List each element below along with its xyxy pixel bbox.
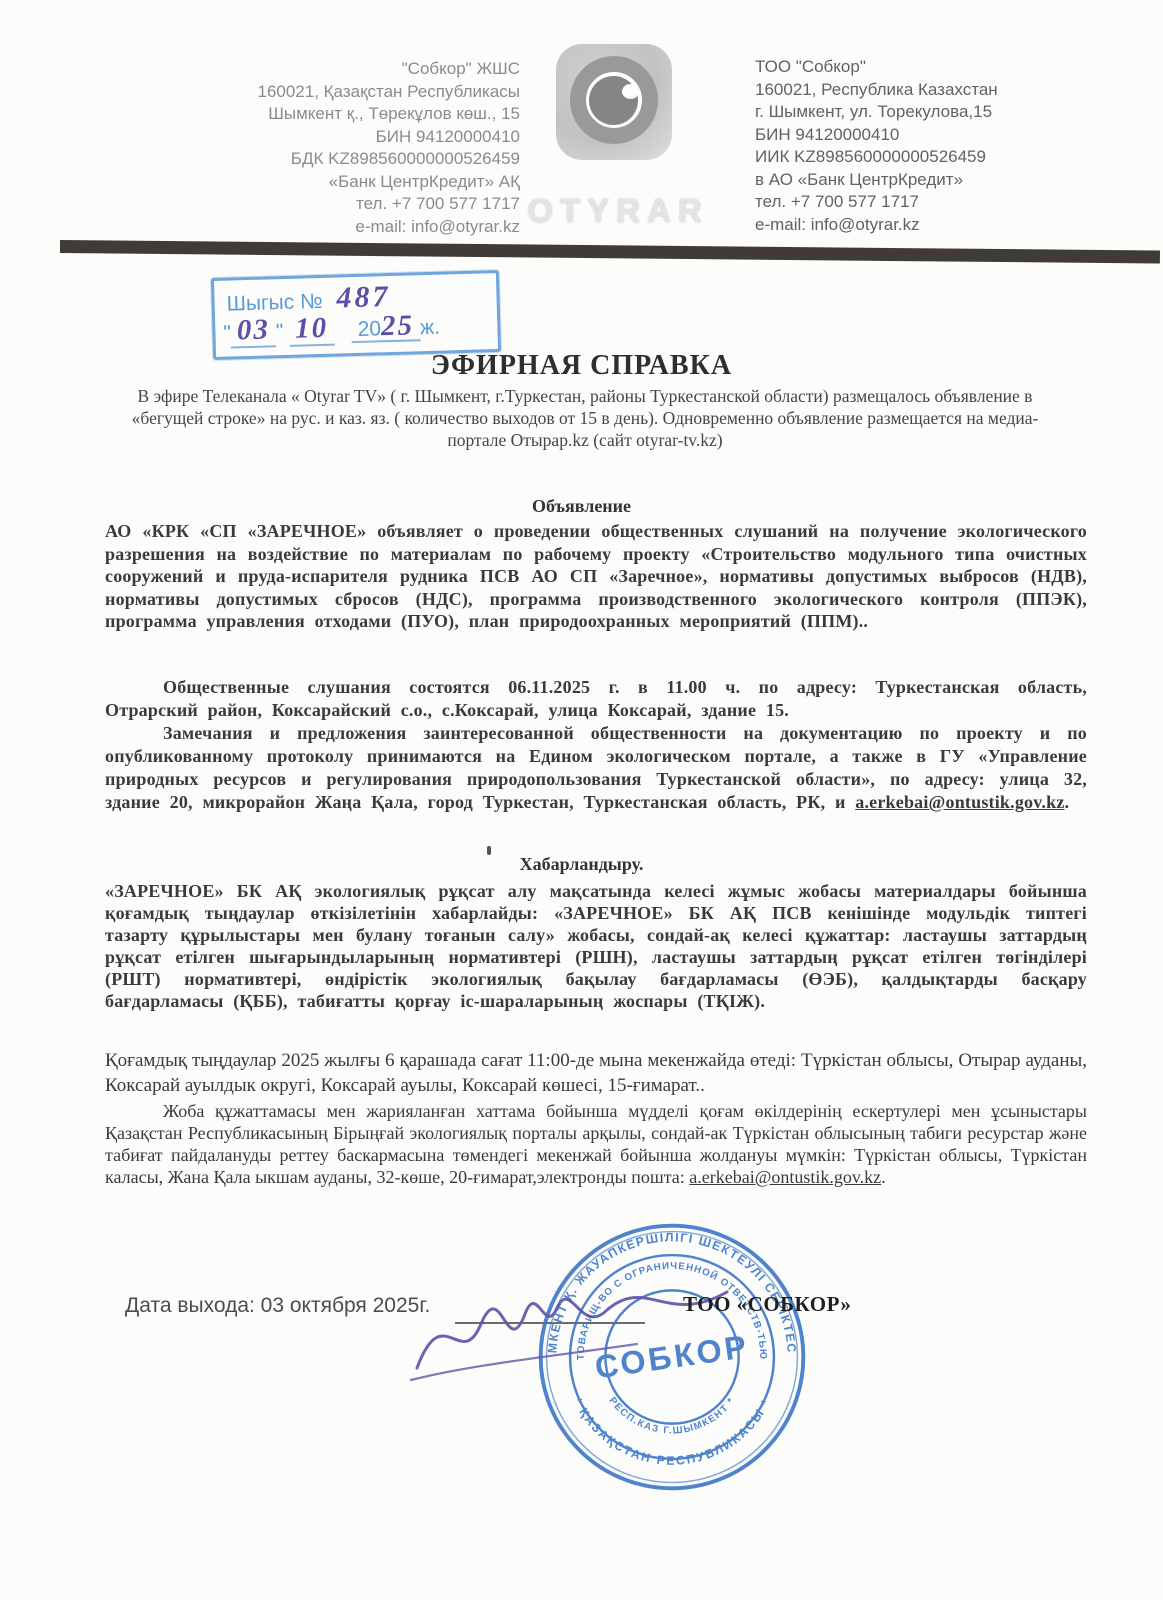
period: .: [881, 1167, 886, 1187]
phone-line: тел. +7 700 577 1717: [755, 191, 1065, 214]
bank-line: «Банк ЦентрКредит» АҚ: [128, 171, 520, 194]
company-name-ru: ТОО "Собкор": [755, 56, 1065, 79]
logo-glint: [622, 84, 639, 99]
address-line: 160021, Қазақстан Республикасы: [128, 81, 520, 104]
header-divider-bar: [60, 240, 1160, 264]
handwritten-year: 25: [381, 309, 415, 342]
contact-email: a.erkebai@ontustik.gov.kz: [689, 1167, 881, 1187]
contact-email: a.erkebai@ontustik.gov.kz: [855, 792, 1064, 812]
ru-paragraph-feedback: Замечания и предложения заинтересованной…: [105, 722, 1087, 814]
address-line: 160021, Республика Казахстан: [755, 79, 1065, 102]
handwritten-day: 03: [230, 313, 276, 348]
letterhead-right-russian: ТОО "Собкор" 160021, Республика Казахста…: [755, 56, 1065, 236]
address-line: г. Шымкент, ул. Торекулова,15: [755, 101, 1065, 124]
ru-paragraph-hearing-date: Общественные слушания состоятся 06.11.20…: [105, 676, 1087, 722]
company-name-kz: "Собкор" ЖШС: [128, 58, 520, 81]
handwritten-month: 10: [289, 312, 335, 347]
year-suffix: ж.: [420, 316, 441, 340]
close-quote: ": [276, 320, 284, 343]
outgoing-number-stamp: Шыгыс №487 "03" 10 2025ж.: [211, 270, 501, 360]
kz-paragraph-hearing-date: Қоғамдық тыңдаулар 2025 жылғы 6 қарашада…: [105, 1048, 1087, 1098]
signature-strokes: [405, 1240, 745, 1410]
document-title: ЭФИРНАЯ СПРАВКА: [0, 350, 1163, 382]
bin-line: БИН 94120000410: [128, 126, 520, 149]
period: .: [1065, 792, 1070, 812]
ru-paragraph-project: АО «КРК «СП «ЗАРЕЧНОЕ» объявляет о прове…: [105, 520, 1087, 633]
kz-paragraph-feedback: Жоба құжаттамасы мен жарияланған хаттама…: [105, 1100, 1087, 1188]
email-line: e-mail: info@otyrar.kz: [755, 214, 1065, 237]
email-line: e-mail: info@otyrar.kz: [128, 216, 520, 239]
ru-section-heading: Объявление: [0, 496, 1163, 517]
broadcast-statement: В эфире Телеканала « Otyrar TV» ( г. Шым…: [110, 385, 1060, 451]
account-line: ИИК KZ898560000000526459: [755, 146, 1065, 169]
kz-feedback-text: Жоба құжаттамасы мен жарияланған хаттама…: [105, 1101, 1087, 1187]
bin-line: БИН 94120000410: [755, 124, 1065, 147]
signing-company-name: ТОО «СОБКОР»: [683, 1292, 851, 1317]
kz-paragraph-project: «ЗАРЕЧНОЕ» БК АҚ экологиялық рұқсат алу …: [105, 880, 1087, 1012]
logo-wordmark: OTYRAR: [508, 192, 728, 230]
phone-line: тел. +7 700 577 1717: [128, 193, 520, 216]
stamp-date-row: "03" 10 2025ж.: [223, 309, 440, 348]
account-line: БДК KZ898560000000526459: [128, 148, 520, 171]
scanned-document-page: "Собкор" ЖШС 160021, Қазақстан Республик…: [0, 0, 1163, 1600]
year-prefix: 20: [357, 317, 381, 341]
bank-line: в АО «Банк ЦентрКредит»: [755, 169, 1065, 192]
otyrar-logo-icon: [556, 44, 672, 160]
handwritten-signature: [405, 1240, 745, 1410]
release-date: Дата выхода: 03 октября 2025г.: [125, 1294, 430, 1318]
kz-section-heading: Хабарландыру.: [0, 854, 1163, 875]
letterhead-left-kazakh: "Собкор" ЖШС 160021, Қазақстан Республик…: [128, 58, 520, 238]
address-line: Шымкент қ., Төрекұлов көш., 15: [128, 103, 520, 126]
